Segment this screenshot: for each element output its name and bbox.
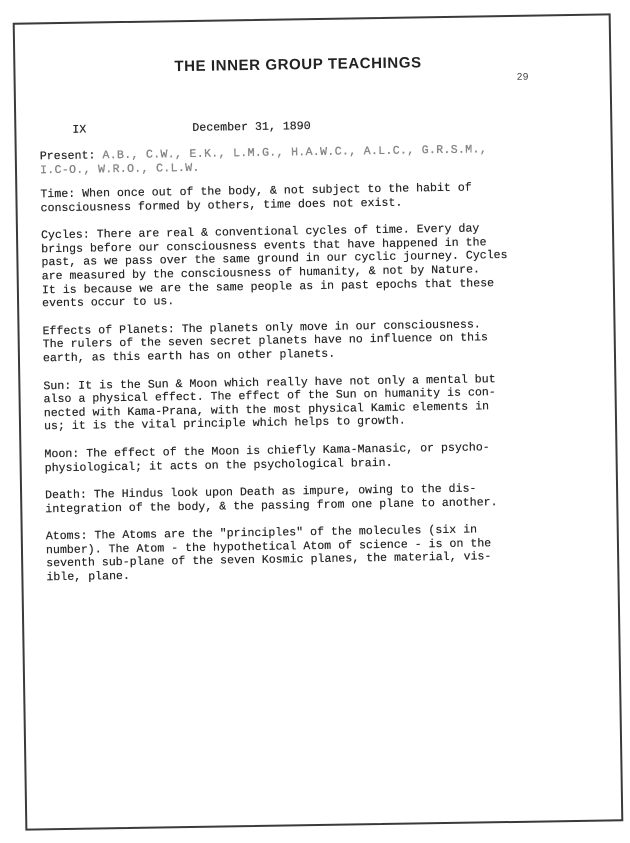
section-sun: Sun: It is the Sun & Moon which really h… [43, 371, 604, 434]
section-time: Time: When once out of the body, & not s… [40, 179, 600, 215]
section-label: Time: [40, 188, 75, 202]
section-text: When once out of the body, & not subject… [41, 182, 472, 215]
attendees: Present: A.B., C.W., E.K., L.M.G., H.A.W… [40, 141, 600, 177]
section-effects-of-planets: Effects of Planets: The planets only mov… [42, 316, 603, 366]
section-moon: Moon: The effect of the Moon is chiefly … [44, 439, 604, 475]
section-label: Moon: [44, 448, 79, 462]
document-title: THE INNER GROUP TEACHINGS [174, 54, 421, 75]
section-text: The effect of the Moon is chiefly Kama-M… [45, 441, 490, 475]
page-number: 29 [517, 73, 529, 84]
section-text: It is the Sun & Moon which really have n… [44, 373, 496, 434]
attendees-line-2: I.C-O., W.R.O., C.L.W. [40, 161, 200, 177]
document-page: THE INNER GROUP TEACHINGS 29 IX December… [0, 0, 630, 843]
section-label: Sun: [43, 379, 71, 392]
section-death: Death: The Hindus look upon Death as imp… [45, 481, 605, 517]
teaching-sections: Time: When once out of the body, & not s… [40, 179, 606, 598]
section-text: The Hindus look upon Death as impure, ow… [45, 483, 497, 516]
chapter-number: IX [72, 124, 86, 138]
section-label: Effects of Planets: [42, 323, 174, 338]
meeting-date: December 31, 1890 [192, 120, 310, 135]
section-label: Death: [45, 489, 87, 503]
attendees-label: Present: [40, 149, 96, 163]
section-text: There are real & conventional cycles of … [41, 223, 508, 311]
section-atoms: Atoms: The Atoms are the "principles" of… [46, 522, 607, 585]
section-cycles: Cycles: There are real & conventional cy… [41, 221, 602, 311]
section-label: Atoms: [46, 530, 88, 544]
attendees-line-1: A.B., C.W., E.K., L.M.G., H.A.W.C., A.L.… [102, 143, 487, 162]
section-label: Cycles: [41, 229, 90, 243]
section-text: The Atoms are the "principles" of the mo… [46, 524, 492, 585]
